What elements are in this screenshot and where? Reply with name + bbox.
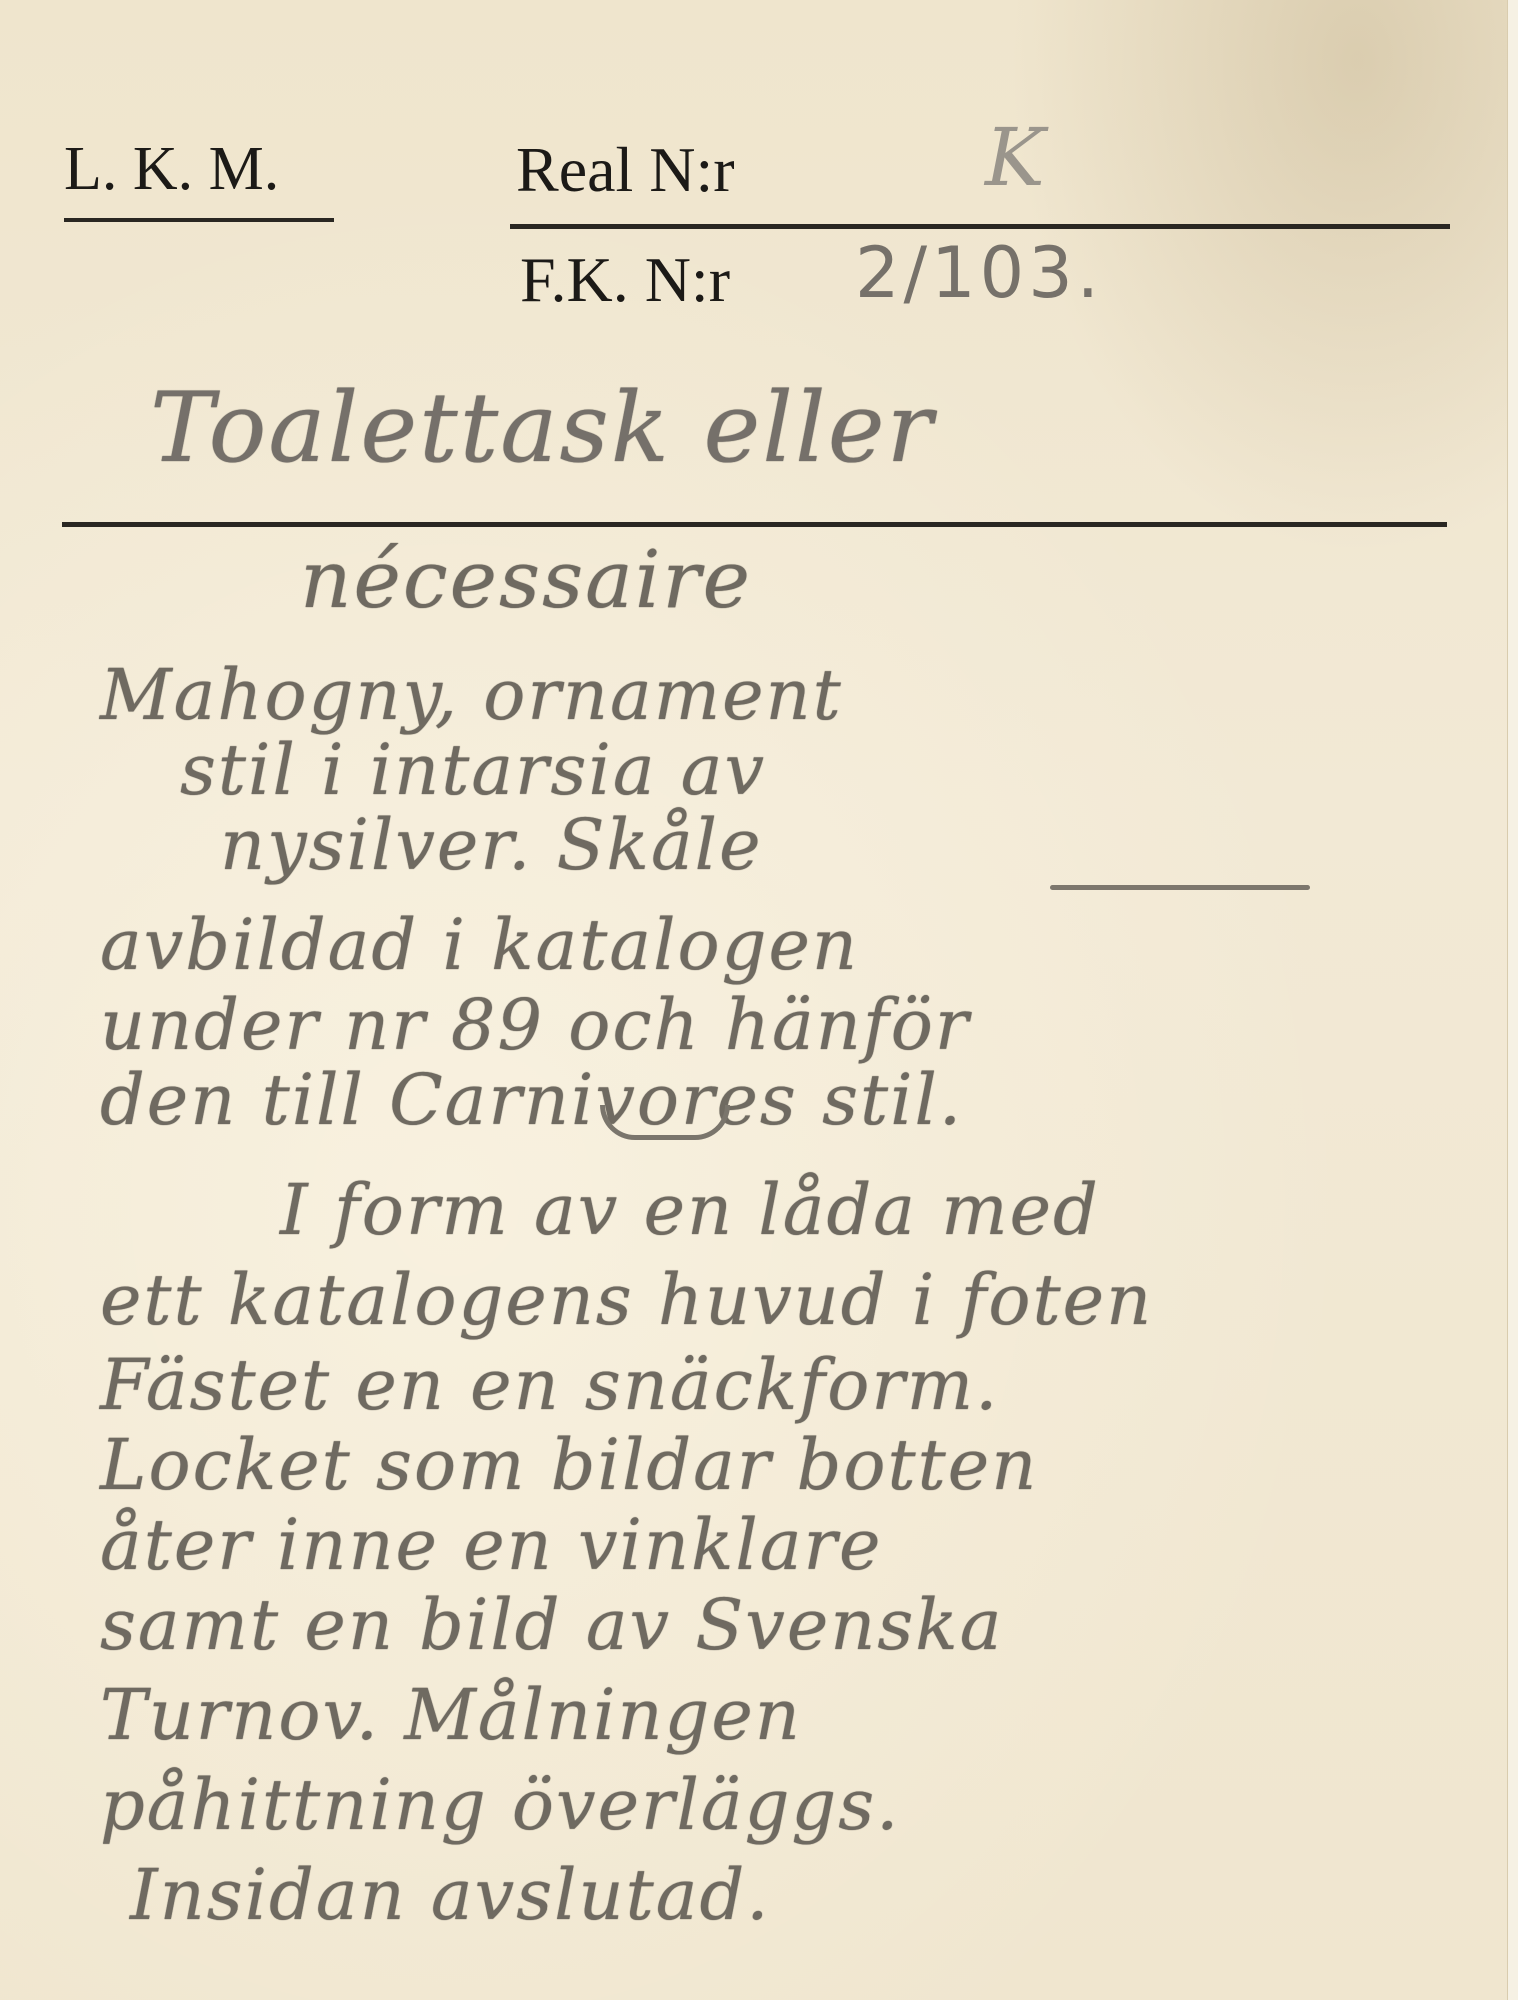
body-line-14: påhittning överläggs. <box>100 1770 900 1840</box>
real-nr-value: K <box>985 118 1045 198</box>
underline-stroke <box>1050 885 1310 890</box>
real-nr-label: Real N:r <box>516 138 735 202</box>
body-line-12: samt en bild av Svenska <box>100 1590 1003 1660</box>
item-title-line2: nécessaire <box>300 540 752 620</box>
body-line-4: avbildad i katalogen <box>100 910 859 980</box>
body-line-8: ett katalogens huvud i foten <box>100 1265 1153 1335</box>
item-title-line1: Toalettask eller <box>150 380 934 476</box>
fk-nr-value: 2/103. <box>855 238 1103 308</box>
decorative-swash <box>600 1105 730 1140</box>
body-line-15: Insidan avslutad. <box>130 1860 771 1930</box>
org-label: L. K. M. <box>64 138 279 200</box>
body-line-5: under nr 89 och hänför <box>100 990 970 1060</box>
fk-nr-label: F.K. N:r <box>520 248 730 312</box>
body-line-3: nysilver. Skåle <box>220 810 763 880</box>
body-line-6: den till Carnivores stil. <box>100 1065 963 1135</box>
title-divider <box>62 522 1447 527</box>
body-line-7: I form av en låda med <box>280 1175 1100 1245</box>
paper-edge <box>1507 0 1518 2000</box>
body-line-10: Locket som bildar botten <box>100 1430 1038 1500</box>
body-line-1: Mahogny, ornament <box>100 660 843 730</box>
body-line-13: Turnov. Målningen <box>100 1680 802 1750</box>
body-line-2: stil i intarsia av <box>180 735 766 805</box>
body-line-11: åter inne en vinklare <box>100 1510 882 1580</box>
header-divider <box>510 224 1450 229</box>
body-line-9: Fästet en en snäckform. <box>100 1350 999 1420</box>
org-underline <box>64 218 334 222</box>
